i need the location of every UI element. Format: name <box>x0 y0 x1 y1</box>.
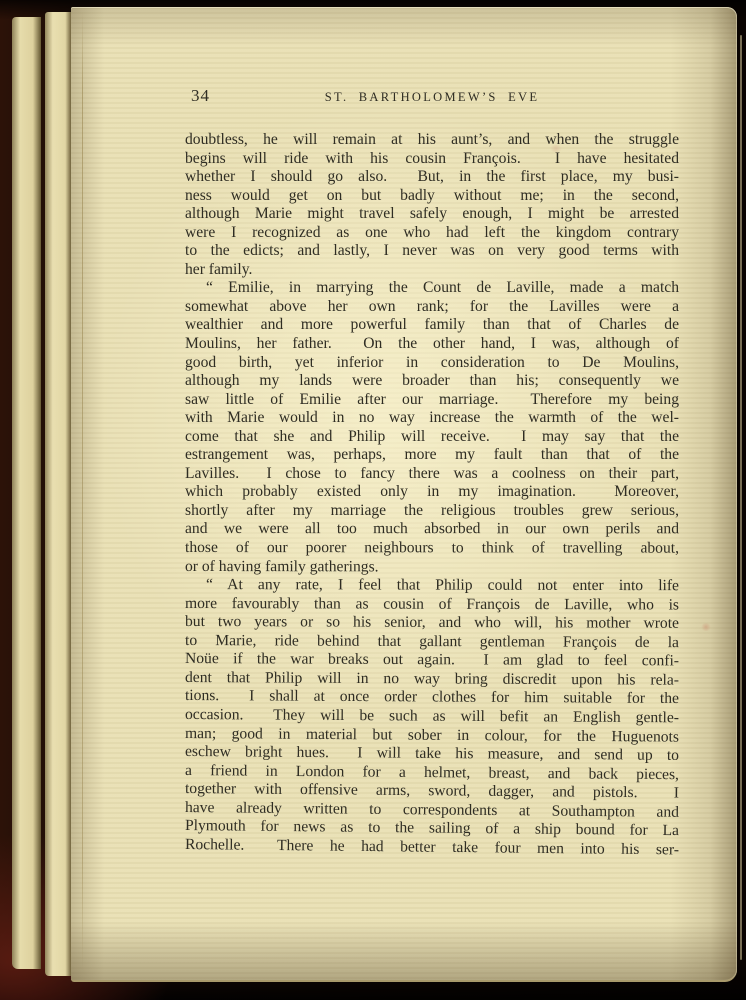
text-line: Noüe if the war breaks out again. I am g… <box>185 650 679 671</box>
text-line: which probably existed only in my imagin… <box>185 483 679 502</box>
text-line: “ At any rate, I feel that Philip could … <box>185 576 679 596</box>
text-line: or of having family gatherings. <box>185 558 679 577</box>
text-line: “ Emilie, in marrying the Count de Lavil… <box>185 279 679 298</box>
text-line: begins will ride with his cousin Françoi… <box>185 150 679 169</box>
text-line: ness would get on but badly without me; … <box>185 187 679 206</box>
text-line: whether I should go also. But, in the fi… <box>185 168 679 187</box>
text-line: her family. <box>185 261 679 280</box>
text-line: with Marie would in no way increase the … <box>185 409 679 428</box>
book-page: 34 ST. BARTHOLOMEW’S EVE doubtless, he w… <box>71 7 737 982</box>
foxing-stain <box>701 623 711 631</box>
text-line: although Marie might travel safely enoug… <box>185 205 679 224</box>
text-line: more favourably than as cousin of Franço… <box>185 595 679 615</box>
text-line: and we were all too much absorbed in our… <box>185 520 679 539</box>
text-line: were I recognized as one who had left th… <box>185 224 679 243</box>
text-line: although my lands were broader than his;… <box>185 372 679 391</box>
text-line: those of our poorer neighbours to think … <box>185 539 679 558</box>
text-line: to Marie, ride behind that gallant gentl… <box>185 632 679 653</box>
text-line: doubtless, he will remain at his aunt’s,… <box>185 131 679 150</box>
text-line: shortly after my marriage the religious … <box>185 502 679 521</box>
page-edge-stack <box>45 12 71 976</box>
text-line: come that she and Philip will receive. I… <box>185 428 679 447</box>
text-line: saw little of Emilie after our marriage.… <box>185 391 679 410</box>
page-edge-stack <box>12 17 41 969</box>
text-line: Moulins, her father. On the other hand, … <box>185 335 679 354</box>
paragraph: “ At any rate, I feel that Philip could … <box>185 576 679 854</box>
text-line: estrangement was, perhaps, more my fault… <box>185 446 679 465</box>
text-line: Lavilles. I chose to fancy there was a c… <box>185 465 679 484</box>
running-header-title: ST. BARTHOLOMEW’S EVE <box>185 90 679 105</box>
text-line: occasion. They will be such as will befi… <box>185 706 679 728</box>
page-fold-line <box>82 11 83 974</box>
paragraph: doubtless, he will remain at his aunt’s,… <box>185 131 679 279</box>
text-line: but two years or so his senior, and who … <box>185 613 679 633</box>
paragraph: “ Emilie, in marrying the Count de Lavil… <box>185 279 679 576</box>
next-page-edge <box>740 35 742 960</box>
text-block: doubtless, he will remain at his aunt’s,… <box>185 131 679 854</box>
running-head-row: 34 ST. BARTHOLOMEW’S EVE <box>185 86 679 110</box>
text-line: to the edicts; and lastly, I never was o… <box>185 242 679 261</box>
text-line: somewhat above her own rank; for the Lav… <box>185 298 679 317</box>
text-line: wealthier and more powerful family than … <box>185 316 679 335</box>
text-line: good birth, yet inferior in consideratio… <box>185 354 679 373</box>
